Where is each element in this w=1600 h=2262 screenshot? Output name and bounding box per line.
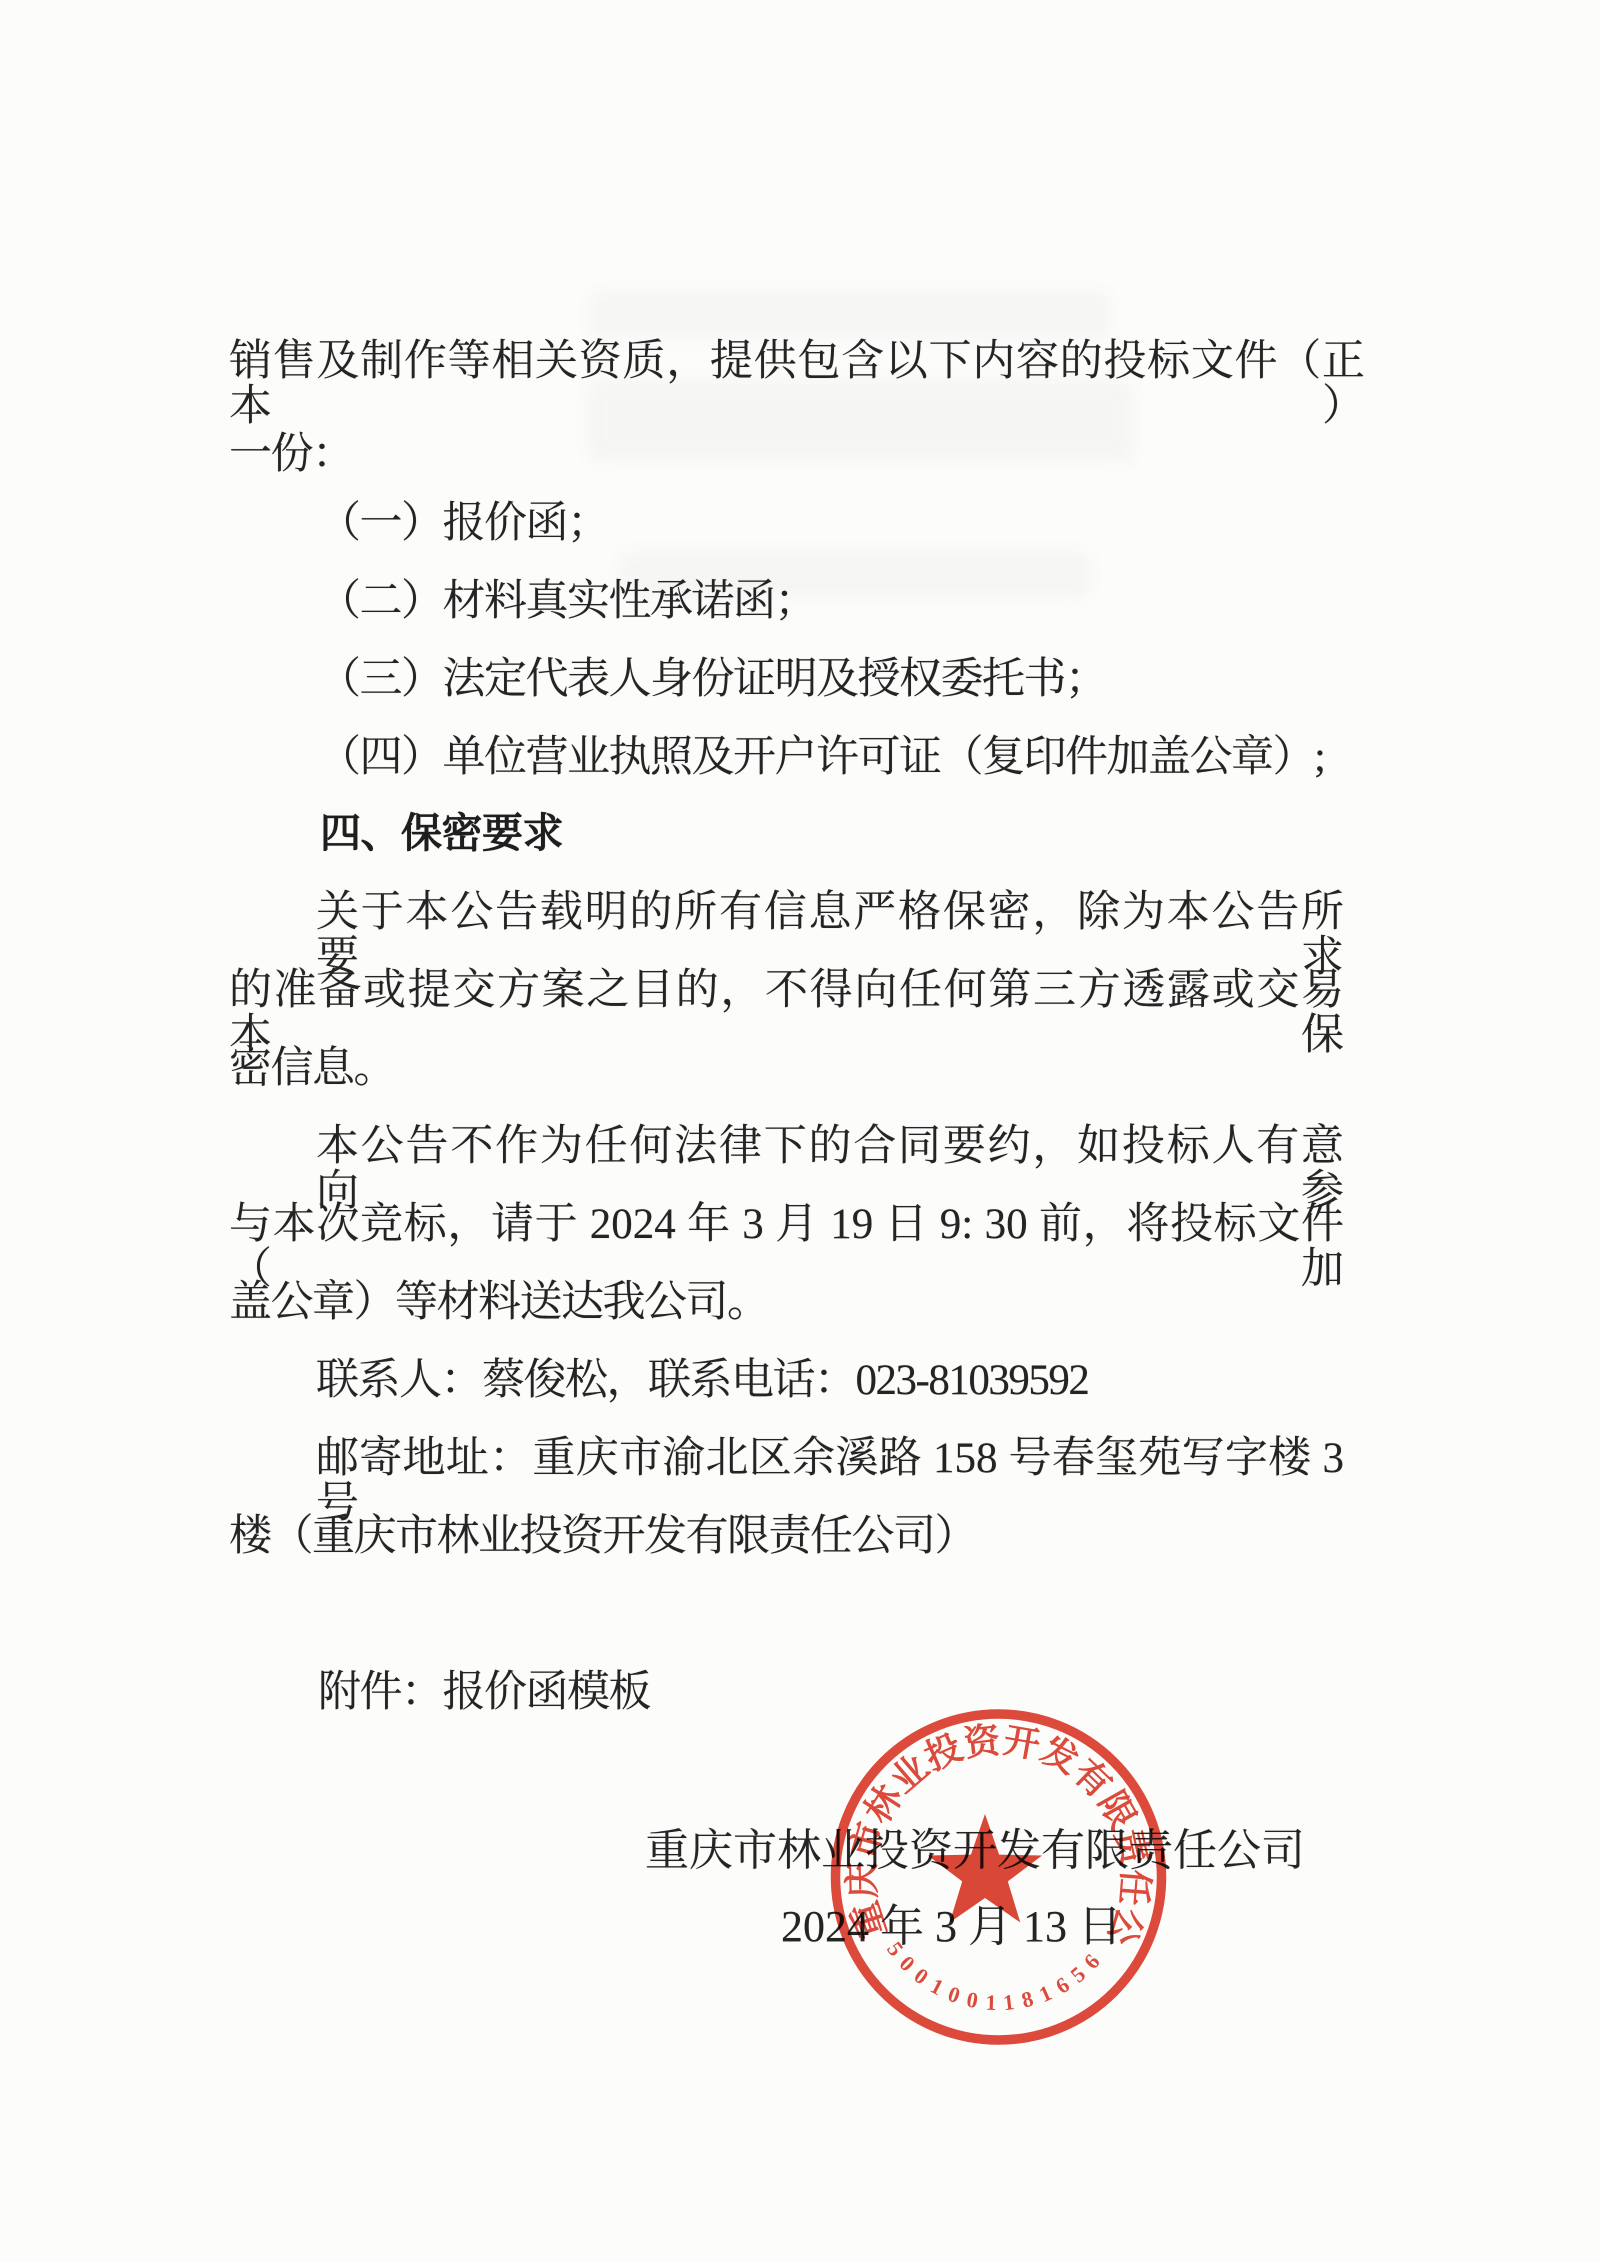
doc-line-2: 一份： bbox=[229, 432, 354, 477]
doc-list-item-1: （一）报价函； bbox=[318, 501, 609, 546]
seal-serial-number: 5001001181656 bbox=[882, 1937, 1110, 2015]
doc-list-item-3: （三）法定代表人身份证明及授权委托书； bbox=[318, 657, 1107, 702]
bleedthrough-smudge bbox=[590, 292, 1110, 338]
seal-star-icon bbox=[928, 1814, 1042, 1923]
doc-list-item-4: （四）单位营业执照及开户许可证（复印件加盖公章）; bbox=[318, 735, 1324, 780]
scanned-document-page: 销售及制作等相关资质，提供包含以下内容的投标文件（正本） 一份： （一）报价函；… bbox=[0, 0, 1600, 2262]
contact-line: 联系人：蔡俊松，联系电话：023-81039592 bbox=[316, 1358, 1088, 1403]
attachment-line: 附件：报价函模板 bbox=[318, 1670, 650, 1715]
section-heading-confidentiality: 四、保密要求 bbox=[320, 812, 563, 855]
doc-list-item-2: （二）材料真实性承诺函； bbox=[318, 579, 816, 624]
svg-text:5001001181656: 5001001181656 bbox=[882, 1937, 1110, 2015]
doc-line-13: 盖公章）等材料送达我公司。 bbox=[229, 1280, 769, 1325]
mailing-address-line-2: 楼（重庆市林业投资开发有限责任公司） bbox=[229, 1514, 976, 1559]
doc-line-9: 的准备或提交方案之目的，不得向任何第三方透露或交易本保 bbox=[229, 968, 1344, 1058]
official-seal: 重庆市林业投资开发有限责任公司 5001001181656 bbox=[797, 1678, 1201, 2090]
doc-line-10: 密信息。 bbox=[229, 1046, 395, 1091]
doc-line-1: 销售及制作等相关资质，提供包含以下内容的投标文件（正本） bbox=[229, 339, 1365, 429]
